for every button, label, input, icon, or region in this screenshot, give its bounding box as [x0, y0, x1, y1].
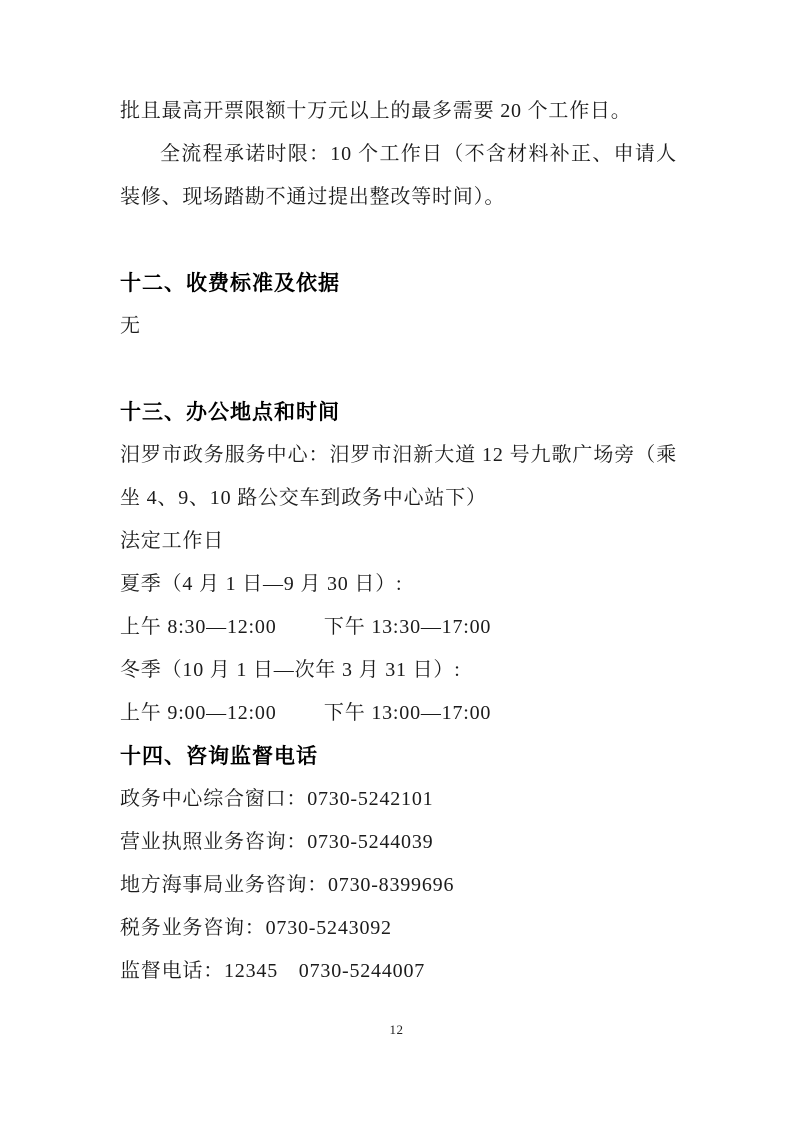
section-heading-12-fees: 十二、收费标准及依据	[120, 262, 677, 305]
text-line-phone-maritime: 地方海事局业务咨询：0730-8399696	[120, 864, 677, 907]
section-heading-13-office: 十三、办公地点和时间	[120, 391, 677, 434]
document-content: 批且最高开票限额十万元以上的最多需要 20 个工作日。 全流程承诺时限：10 个…	[120, 90, 677, 993]
section-heading-14-phones: 十四、咨询监督电话	[120, 735, 677, 778]
text-line-fees-none: 无	[120, 305, 677, 348]
document-page: 批且最高开票限额十万元以上的最多需要 20 个工作日。 全流程承诺时限：10 个…	[0, 0, 793, 1122]
text-line-address-wrap: 坐 4、9、10 路公交车到政务中心站下）	[120, 477, 677, 520]
text-line-summer-season: 夏季（4 月 1 日—9 月 30 日）:	[120, 563, 677, 606]
text-line-phone-supervision: 监督电话：12345 0730-5244007	[120, 950, 677, 993]
text-line-workdays: 法定工作日	[120, 520, 677, 563]
text-line-phone-tax: 税务业务咨询：0730-5243092	[120, 907, 677, 950]
text-line-promise-limit: 全流程承诺时限：10 个工作日（不含材料补正、申请人	[120, 133, 677, 176]
text-line-address: 汨罗市政务服务中心：汨罗市汨新大道 12 号九歌广场旁（乘	[120, 434, 677, 477]
text-line-phone-service-window: 政务中心综合窗口：0730-5242101	[120, 778, 677, 821]
text-line-winter-hours: 上午 9:00—12:00 下午 13:00—17:00	[120, 692, 677, 735]
text-line-continuation: 批且最高开票限额十万元以上的最多需要 20 个工作日。	[120, 90, 677, 133]
page-number: 12	[0, 1022, 793, 1038]
text-line-promise-limit-wrap: 装修、现场踏勘不通过提出整改等时间）。	[120, 176, 677, 219]
text-line-phone-license: 营业执照业务咨询：0730-5244039	[120, 821, 677, 864]
text-line-winter-season: 冬季（10 月 1 日—次年 3 月 31 日）:	[120, 649, 677, 692]
text-line-summer-hours: 上午 8:30—12:00 下午 13:30—17:00	[120, 606, 677, 649]
